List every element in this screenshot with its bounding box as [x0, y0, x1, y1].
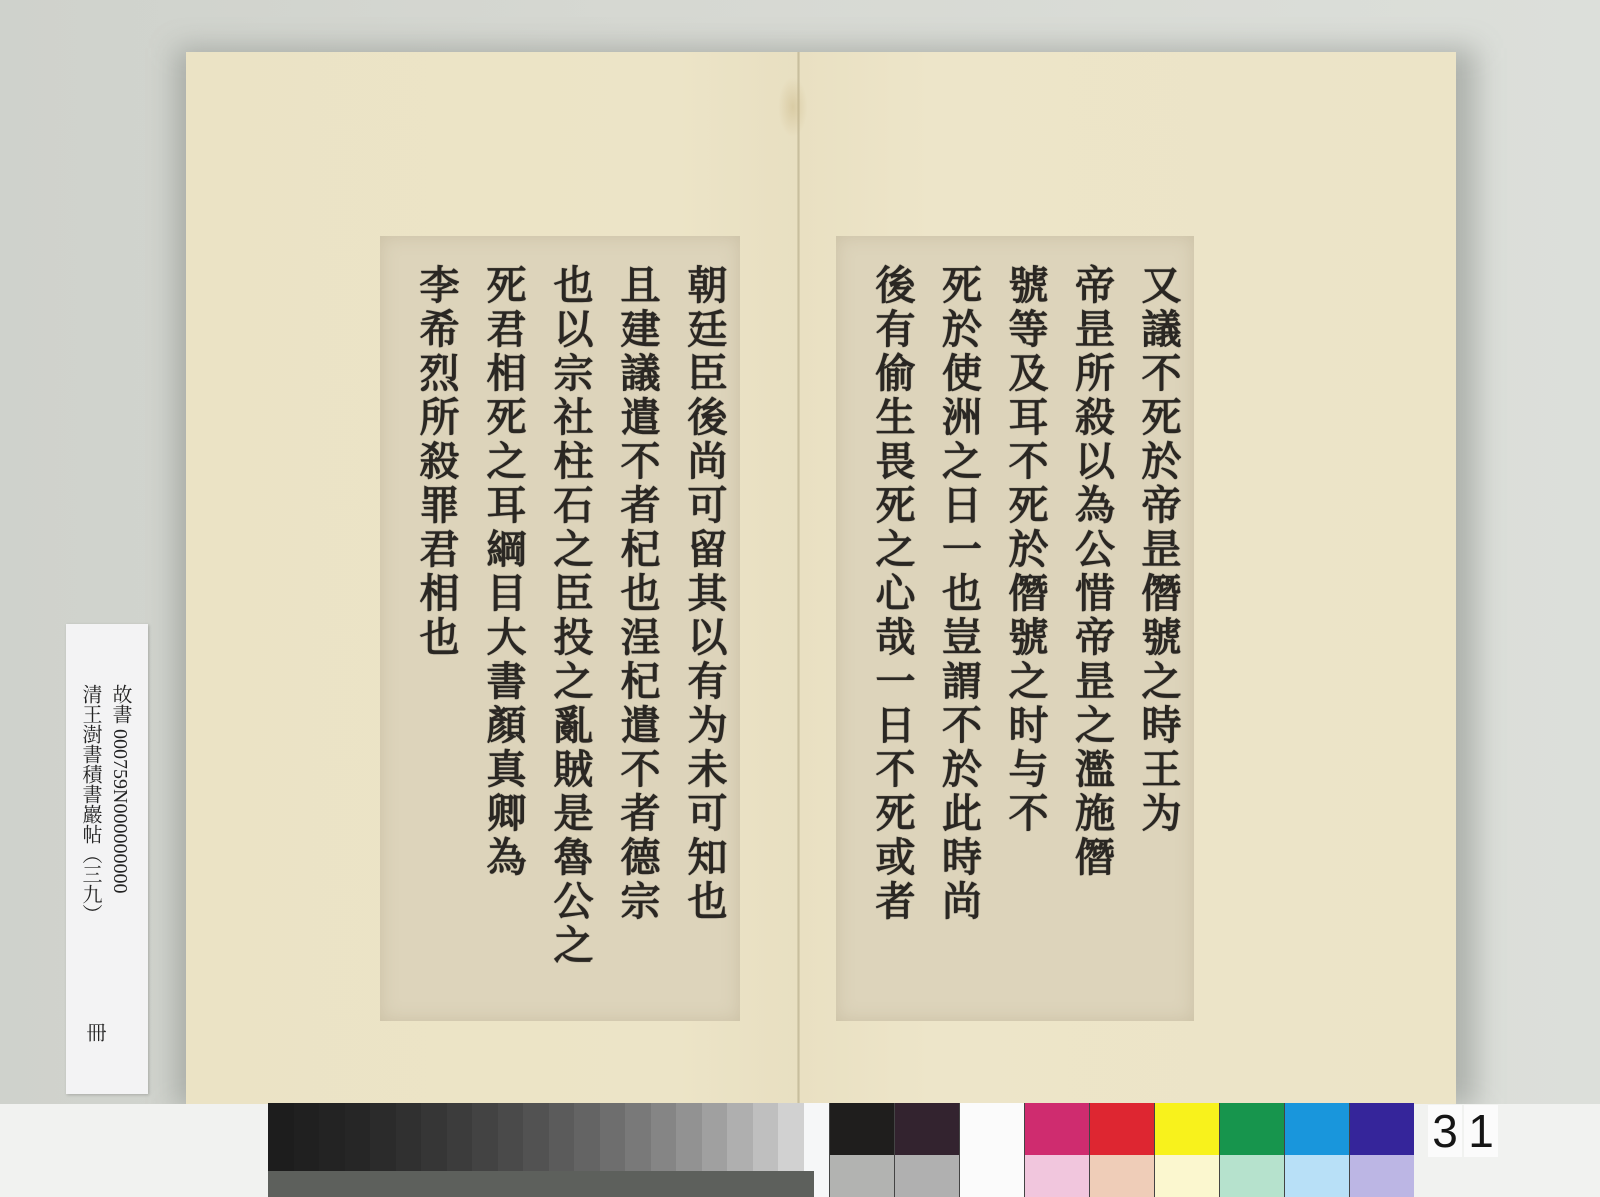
calligraphy-column: 李希烈所殺罪君相也	[400, 264, 456, 1001]
album-spread: 朝廷臣後尚可留其以有为未可知也 且建議遣不者杞也浧杞遣不者德宗 也以宗社柱石之臣…	[186, 52, 1456, 1104]
calligraphy-column: 也以宗社柱石之臣投之亂賊是魯公之	[534, 264, 590, 1001]
catalog-number: 故書 000759N000000000	[110, 684, 130, 893]
catalog-title: 清王澍書積書巖帖（三九）	[80, 684, 100, 924]
color-patches	[829, 1103, 1414, 1197]
color-patch	[1024, 1103, 1089, 1197]
color-patch	[894, 1103, 959, 1197]
color-patch	[1089, 1103, 1154, 1197]
color-patch	[1349, 1103, 1414, 1197]
calligraphy-column: 朝廷臣後尚可留其以有为未可知也	[668, 264, 724, 1001]
calligraphy-column: 又議不死於帝昰僭號之時王为	[1122, 264, 1178, 1001]
color-patch	[829, 1103, 894, 1197]
catalog-label: 故書 000759N000000000 清王澍書積書巖帖（三九） 冊	[66, 624, 148, 1094]
color-patch	[1284, 1103, 1349, 1197]
calligraphy-column: 且建議遣不者杞也浧杞遣不者德宗	[601, 264, 657, 1001]
left-calligraphy-panel: 朝廷臣後尚可留其以有为未可知也 且建議遣不者杞也浧杞遣不者德宗 也以宗社柱石之臣…	[380, 236, 740, 1021]
gray-strip-base	[268, 1171, 814, 1197]
right-calligraphy-panel: 又議不死於帝昰僭號之時王为 帝昰所殺以為公惜帝昰之濫施僭 號等及耳不死於僭號之时…	[836, 236, 1194, 1021]
color-patch	[959, 1103, 1024, 1197]
paper-stain	[778, 77, 808, 137]
calligraphy-column: 死君相死之耳綱目大書顏真卿為	[467, 264, 523, 1001]
calligraphy-column: 號等及耳不死於僭號之时与不	[989, 264, 1045, 1001]
color-calibration-bar	[268, 1103, 1414, 1197]
color-patch	[1219, 1103, 1284, 1197]
page-gutter	[797, 52, 800, 1104]
color-patch	[1154, 1103, 1219, 1197]
page-number-digit: 3	[1428, 1105, 1462, 1157]
calligraphy-column: 帝昰所殺以為公惜帝昰之濫施僭	[1056, 264, 1112, 1001]
page-number: 3 1	[1428, 1105, 1498, 1157]
calligraphy-column: 後有偷生畏死之心哉一日不死或者	[856, 264, 912, 1001]
grayscale-steps	[268, 1103, 829, 1197]
calligraphy-column: 死於使洲之日一也豈謂不於此時尚	[923, 264, 979, 1001]
volume-marker: 冊	[80, 1022, 109, 1042]
page-number-digit: 1	[1464, 1105, 1498, 1157]
